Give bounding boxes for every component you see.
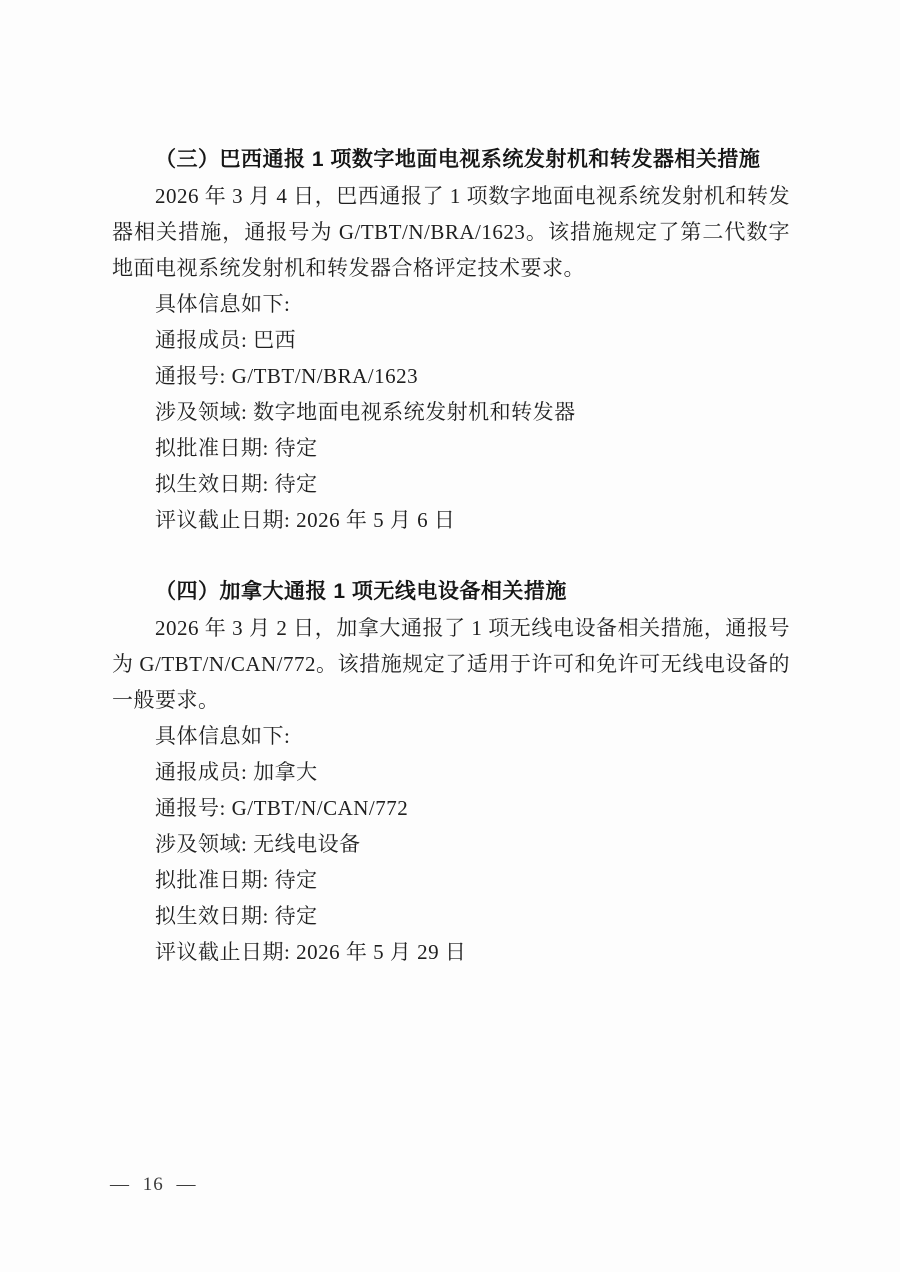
detail-line-member: 通报成员: 加拿大 <box>112 754 790 790</box>
detail-line-intro: 具体信息如下: <box>112 718 790 754</box>
section-heading: （四）加拿大通报 1 项无线电设备相关措施 <box>112 574 790 610</box>
detail-line-comment-deadline: 评议截止日期: 2026 年 5 月 6 日 <box>112 502 790 538</box>
section-heading: （三）巴西通报 1 项数字地面电视系统发射机和转发器相关措施 <box>112 142 790 178</box>
section-brazil-notification: （三）巴西通报 1 项数字地面电视系统发射机和转发器相关措施 2026 年 3 … <box>112 142 790 538</box>
section-paragraph: 2026 年 3 月 4 日，巴西通报了 1 项数字地面电视系统发射机和转发器相… <box>112 178 790 286</box>
detail-line-intro: 具体信息如下: <box>112 286 790 322</box>
section-canada-notification: （四）加拿大通报 1 项无线电设备相关措施 2026 年 3 月 2 日，加拿大… <box>112 574 790 970</box>
page-content: （三）巴西通报 1 项数字地面电视系统发射机和转发器相关措施 2026 年 3 … <box>112 142 790 970</box>
detail-line-approval-date: 拟批准日期: 待定 <box>112 862 790 898</box>
document-page: （三）巴西通报 1 项数字地面电视系统发射机和转发器相关措施 2026 年 3 … <box>0 0 900 1272</box>
detail-line-field: 涉及领域: 数字地面电视系统发射机和转发器 <box>112 394 790 430</box>
detail-line-member: 通报成员: 巴西 <box>112 322 790 358</box>
page-number: — 16 — <box>110 1172 197 1198</box>
detail-line-approval-date: 拟批准日期: 待定 <box>112 430 790 466</box>
detail-line-notification-number: 通报号: G/TBT/N/CAN/772 <box>112 790 790 826</box>
detail-line-effective-date: 拟生效日期: 待定 <box>112 466 790 502</box>
detail-line-field: 涉及领域: 无线电设备 <box>112 826 790 862</box>
section-paragraph: 2026 年 3 月 2 日，加拿大通报了 1 项无线电设备相关措施，通报号为 … <box>112 610 790 718</box>
detail-line-comment-deadline: 评议截止日期: 2026 年 5 月 29 日 <box>112 934 790 970</box>
detail-line-effective-date: 拟生效日期: 待定 <box>112 898 790 934</box>
detail-line-notification-number: 通报号: G/TBT/N/BRA/1623 <box>112 358 790 394</box>
